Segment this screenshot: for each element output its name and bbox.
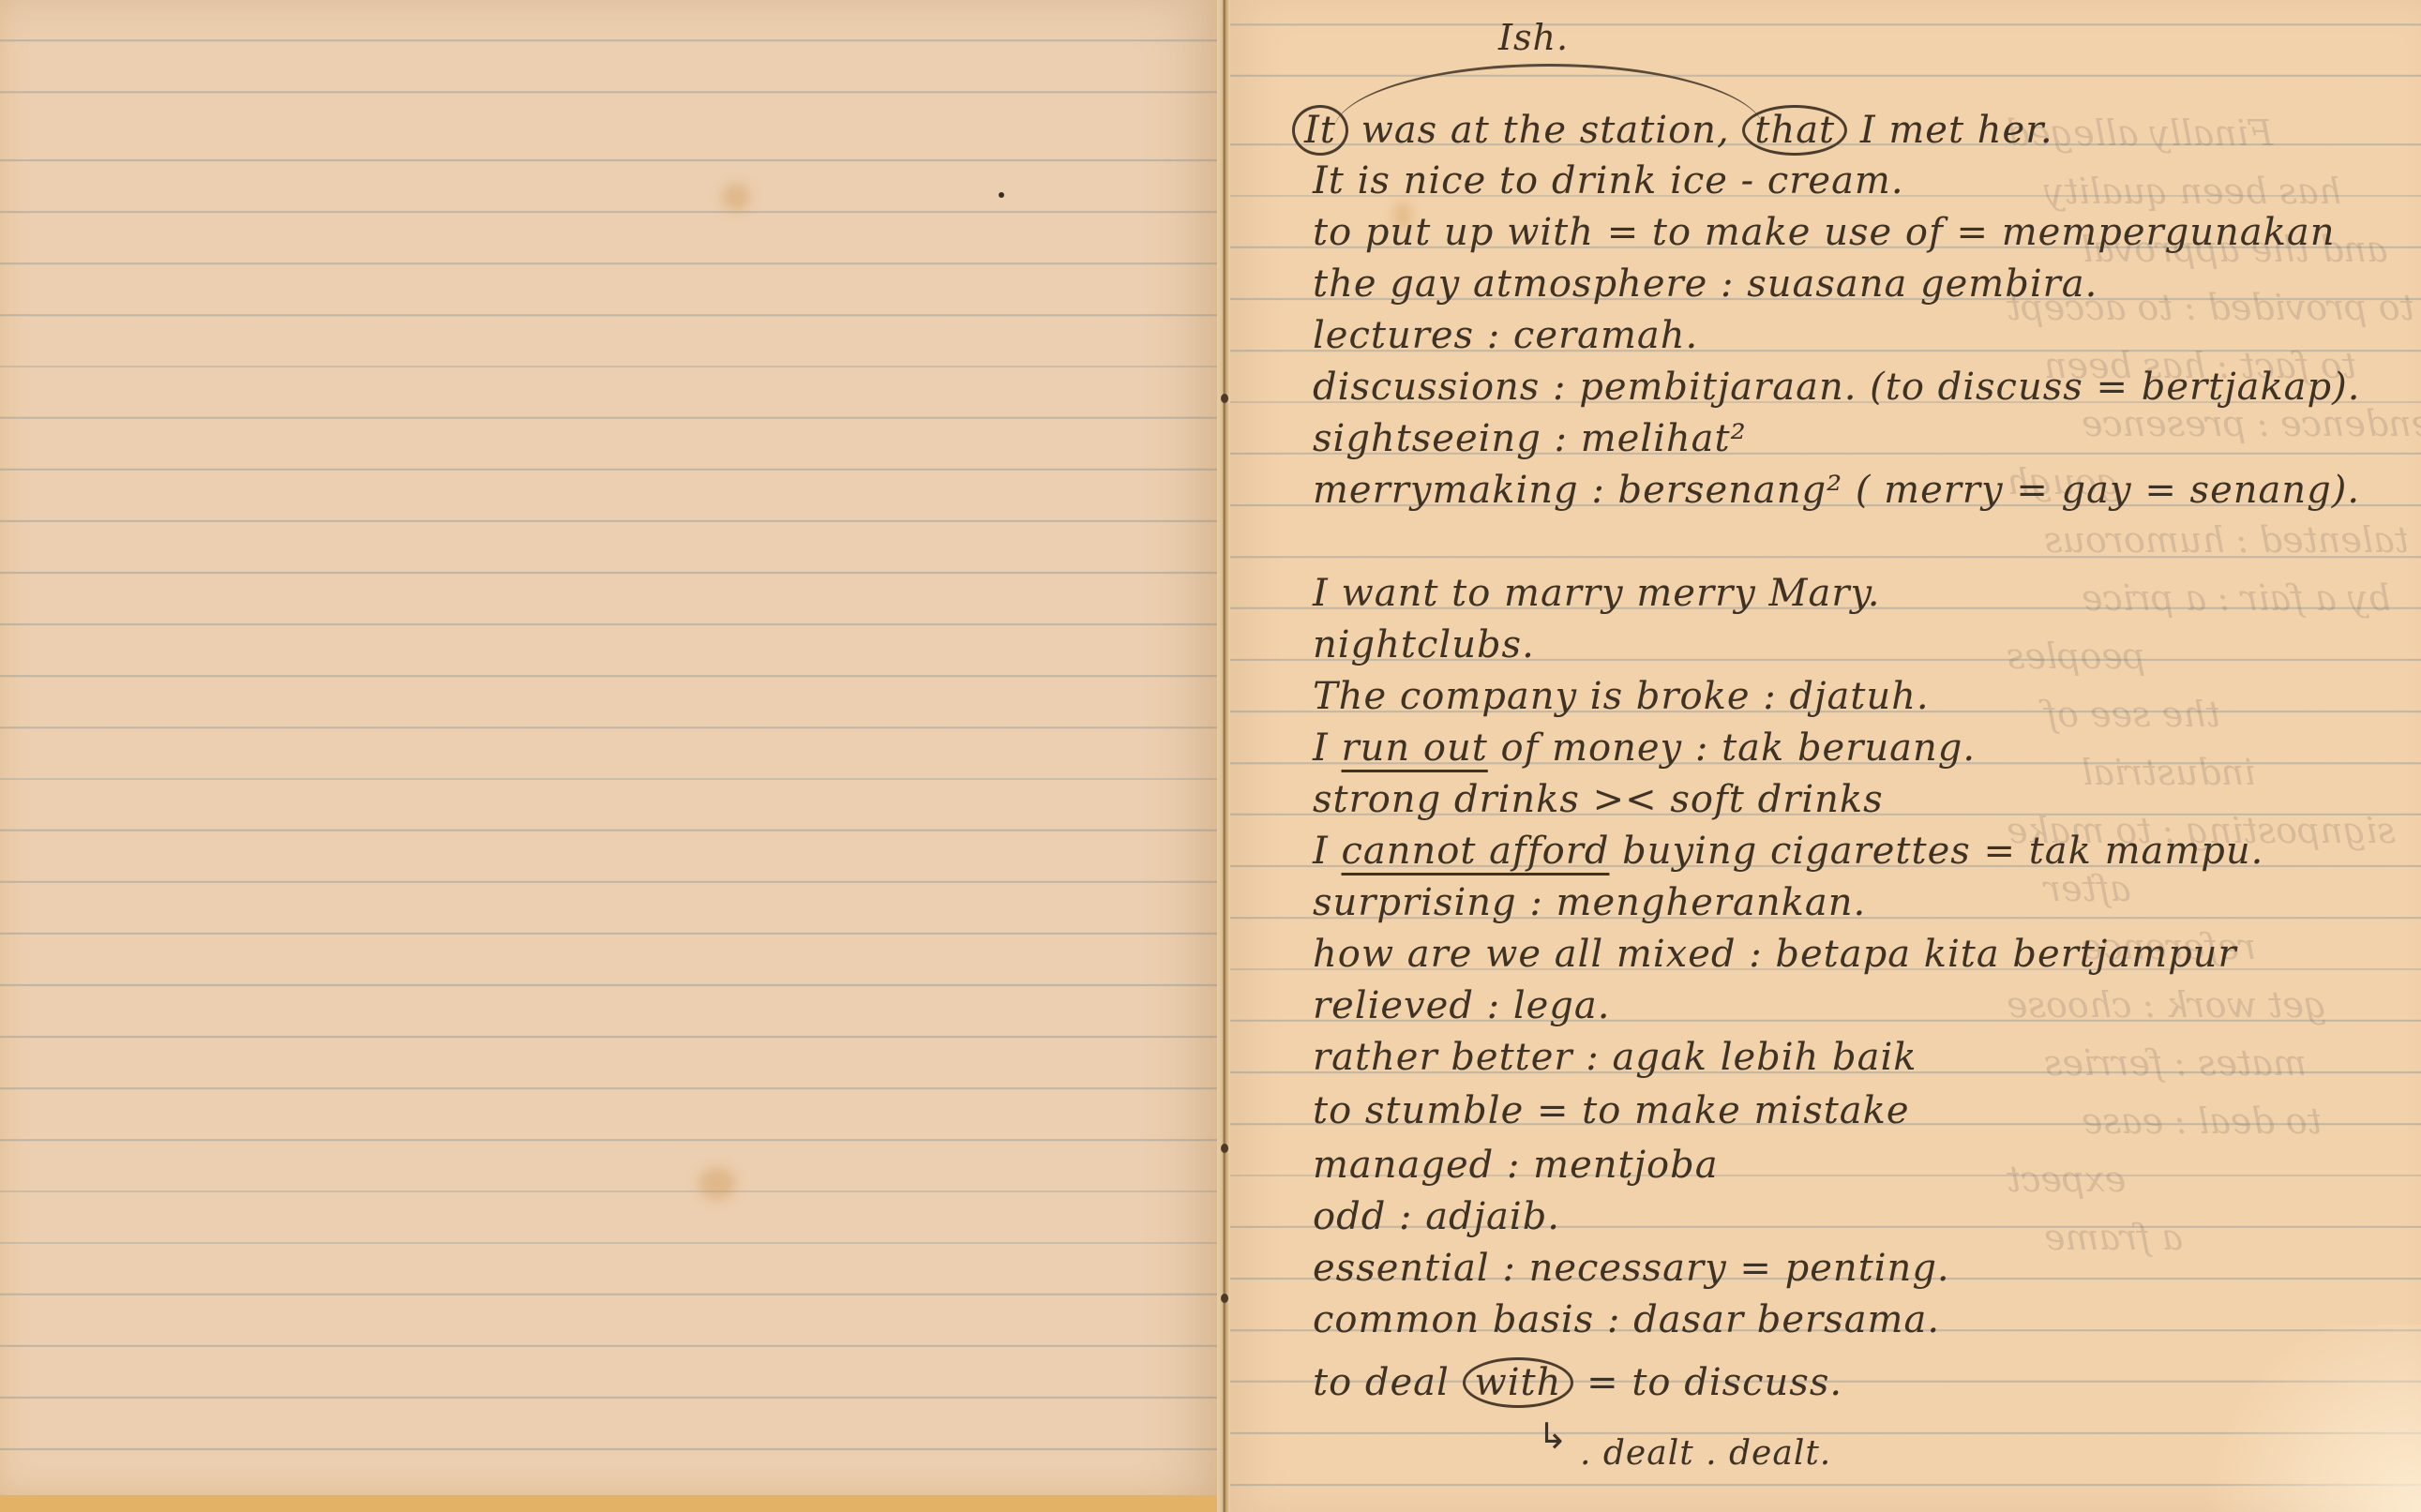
note-line: managed : mentjoba: [1313, 1144, 1719, 1187]
note-line: lectures : ceramah.: [1313, 314, 1698, 357]
note-text: to put up with = to make use of = memper…: [1313, 211, 2335, 254]
footnote-past-tense: . dealt . dealt.: [1580, 1434, 1831, 1473]
bleed-through-text: industrial: [2082, 752, 2255, 793]
bleed-through-text: peoples: [2007, 636, 2145, 677]
note-line: odd : adjaib.: [1313, 1195, 1560, 1238]
note-text: merrymaking : bersenang² ( merry = gay =…: [1313, 469, 2360, 512]
binding-staple: [1221, 1294, 1228, 1303]
note-text: odd : adjaib.: [1313, 1195, 1560, 1238]
note-text: I: [1313, 726, 1342, 770]
notebook-spine: [1217, 0, 1230, 1512]
note-line: nightclubs.: [1313, 623, 1535, 666]
note-line: to deal with = to discuss.: [1313, 1357, 1842, 1408]
note-text: = to discuss.: [1573, 1361, 1842, 1404]
note-line: essential : necessary = penting.: [1313, 1247, 1950, 1290]
note-line: common basis : dasar bersama.: [1313, 1298, 1940, 1341]
note-text: I met her.: [1847, 109, 2053, 152]
note-line: I run out of money : tak beruang.: [1313, 726, 1976, 770]
paper-stain: [699, 1167, 736, 1200]
binding-staple: [1221, 1144, 1228, 1153]
note-text: lectures : ceramah.: [1313, 314, 1698, 357]
note-line: I cannot afford buying cigarettes = tak …: [1313, 830, 2263, 873]
note-text: strong drinks >< soft drinks: [1313, 778, 1884, 821]
note-text: managed : mentjoba: [1313, 1144, 1719, 1187]
note-line: rather better : agak lebih baik: [1313, 1036, 1917, 1079]
note-line: It was at the station, that I met her.: [1292, 105, 2053, 156]
bleed-through-text: get work : choose: [2007, 984, 2326, 1025]
note-line: surprising : mengherankan.: [1313, 881, 1866, 924]
arrow-icon: ↳: [1538, 1415, 1568, 1457]
note-line: strong drinks >< soft drinks: [1313, 778, 1884, 821]
left-page-blank: [0, 0, 1217, 1512]
note-text: to stumble = to make mistake: [1313, 1089, 1910, 1132]
note-line: the gay atmosphere : suasana gembira.: [1313, 262, 2098, 306]
note-line: It is nice to drink ice - cream.: [1313, 159, 1904, 202]
note-text: discussions : pembitjaraan. (to discuss …: [1313, 366, 2360, 409]
page-header: Ish.: [1498, 17, 1569, 58]
bleed-through-text: expect: [2007, 1159, 2126, 1200]
note-line: how are we all mixed : betapa kita bertj…: [1313, 933, 2237, 976]
note-line: discussions : pembitjaraan. (to discuss …: [1313, 366, 2360, 409]
bleed-through-text: talented : humorous: [2044, 519, 2409, 561]
bleed-through-text: a frame: [2044, 1217, 2183, 1258]
note-text: I: [1313, 830, 1342, 873]
binding-staple: [1221, 394, 1228, 403]
note-line: merrymaking : bersenang² ( merry = gay =…: [1313, 469, 2360, 512]
note-line: The company is broke : djatuh.: [1313, 675, 1930, 718]
note-text: to deal: [1313, 1361, 1463, 1404]
note-line: relieved : lega.: [1313, 984, 1610, 1027]
note-line: I want to marry merry Mary.: [1313, 572, 1880, 615]
note-text: was at the station,: [1348, 109, 1743, 152]
note-text: nightclubs.: [1313, 623, 1535, 666]
circled-word: with: [1463, 1357, 1574, 1408]
circled-word: that: [1742, 105, 1847, 156]
note-text: how are we all mixed : betapa kita bertj…: [1313, 933, 2237, 976]
underlined-phrase: run out: [1342, 726, 1488, 770]
bleed-through-text: the see of: [2044, 694, 2220, 735]
note-text: The company is broke : djatuh.: [1313, 675, 1930, 718]
note-text: sightseeing : melihat²: [1313, 417, 1747, 460]
paper-stain: [722, 183, 750, 211]
note-text: I want to marry merry Mary.: [1313, 572, 1880, 615]
circled-word: It: [1292, 105, 1348, 156]
note-text: It is nice to drink ice - cream.: [1313, 159, 1904, 202]
note-line: sightseeing : melihat²: [1313, 417, 1747, 460]
note-line: to stumble = to make mistake: [1313, 1089, 1910, 1132]
note-text: surprising : mengherankan.: [1313, 881, 1866, 924]
bleed-through-text: has been quality: [2044, 171, 2341, 212]
note-text: common basis : dasar bersama.: [1313, 1298, 1940, 1341]
note-text: rather better : agak lebih baik: [1313, 1036, 1917, 1079]
bleed-through-text: after: [2044, 868, 2131, 909]
bleed-through-text: by a fair : a price: [2082, 577, 2391, 619]
note-text: essential : necessary = penting.: [1313, 1247, 1950, 1290]
bleed-through-text: attendence : presence: [2082, 403, 2421, 444]
open-notebook: Finally allegedhas been qualityand the a…: [0, 0, 2421, 1512]
ink-speck: [999, 192, 1004, 198]
bleed-through-text: to deal : ease: [2082, 1100, 2322, 1142]
note-line: to put up with = to make use of = memper…: [1313, 211, 2335, 254]
bleed-through-text: mates : ferries: [2044, 1042, 2307, 1084]
underlined-phrase: cannot afford: [1342, 830, 1610, 873]
note-text: of money : tak beruang.: [1488, 726, 1976, 770]
note-text: relieved : lega.: [1313, 984, 1610, 1027]
note-text: buying cigarettes = tak mampu.: [1609, 830, 2263, 873]
note-text: the gay atmosphere : suasana gembira.: [1313, 262, 2098, 306]
